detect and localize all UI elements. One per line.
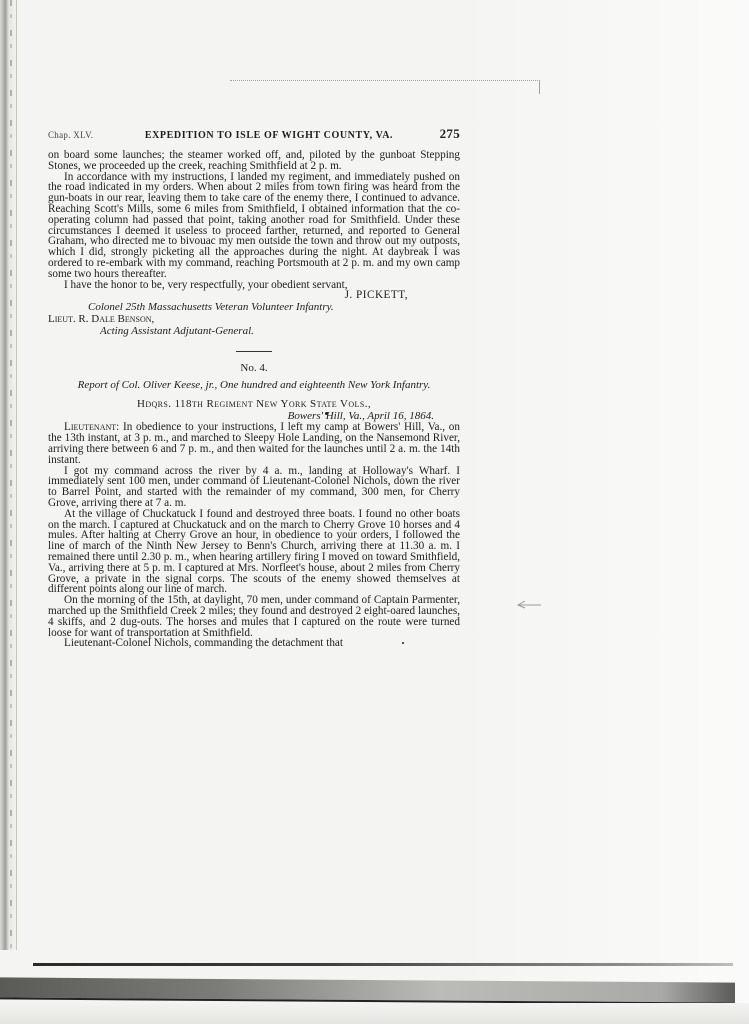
pencil-arrow-mark xyxy=(515,601,541,609)
paragraph: On the morning of the 15th, at daylight,… xyxy=(48,595,460,638)
running-head: Chap. XLV. EXPEDITION TO ISLE OF WIGHT C… xyxy=(48,126,460,142)
scan-sheen xyxy=(449,0,749,1024)
scan-bottom-rule xyxy=(33,963,733,966)
speck xyxy=(402,642,404,644)
scan-bottom-edge xyxy=(0,977,735,1004)
speck xyxy=(325,412,328,415)
report-4: No. 4. Report of Col. Oliver Keese, jr.,… xyxy=(48,362,460,649)
bleed-through-marks xyxy=(230,80,540,85)
scan-binding-edge xyxy=(0,0,17,950)
scan-bottom-margin xyxy=(0,1003,749,1024)
headquarters-line: Hdqrs. 118th Regiment New York State Vol… xyxy=(48,398,460,410)
paragraph: Lieutenant: In obedience to your instruc… xyxy=(48,422,460,465)
paragraph: Lieutenant-Colonel Nichols, commanding t… xyxy=(48,638,460,649)
paragraph: At the village of Chuckatuck I found and… xyxy=(48,509,460,595)
report-description: Report of Col. Oliver Keese, jr., One hu… xyxy=(48,380,460,391)
signature-title: Colonel 25th Massachusetts Veteran Volun… xyxy=(48,301,460,313)
document-page: Chap. XLV. EXPEDITION TO ISLE OF WIGHT C… xyxy=(48,126,460,649)
section-divider xyxy=(236,351,272,352)
page-number: 275 xyxy=(430,126,460,142)
addressee-title: Acting Assistant Adjutant-General. xyxy=(48,325,460,337)
paragraph: I got my command across the river by 4 a… xyxy=(48,466,460,509)
report-number: No. 4. xyxy=(48,362,460,374)
paragraph: on board some launches; the steamer work… xyxy=(48,150,460,172)
report-3-ending: on board some launches; the steamer work… xyxy=(48,150,460,337)
paragraph: In accordance with my instructions, I la… xyxy=(48,172,460,280)
chapter-label: Chap. XLV. xyxy=(48,130,108,140)
addressee-name: Lieut. R. Dale Benson, xyxy=(48,313,460,325)
signature-name: J. PICKETT, xyxy=(48,290,460,301)
page-title: EXPEDITION TO ISLE OF WIGHT COUNTY, VA. xyxy=(108,130,430,141)
